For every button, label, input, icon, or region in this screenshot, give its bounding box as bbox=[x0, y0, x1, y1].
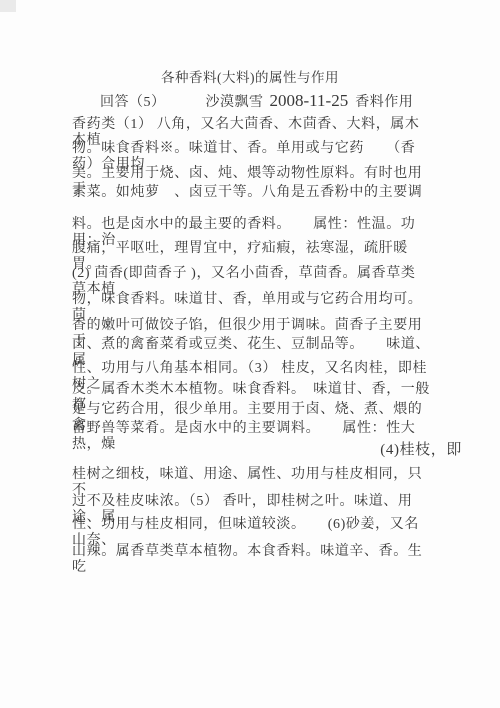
document-page: 各种香料(大料)的属性与作用 回答（5） 沙漠飘雪 2008-11-25 香料作… bbox=[0, 0, 500, 708]
scan-artifact bbox=[0, 0, 16, 12]
page-title: 各种香料(大料)的属性与作用 bbox=[0, 66, 500, 86]
reply-count-label: 回答（5） bbox=[100, 91, 166, 111]
meta-row: 回答（5） 沙漠飘雪 2008-11-25 香料作用 bbox=[72, 91, 472, 111]
body-line: 山辣。属香草类草本植物。本食香料。味道辛、香。生吃 bbox=[72, 544, 430, 576]
post-date: 2008-11-25 bbox=[270, 91, 349, 111]
author-name: 沙漠飘雪 bbox=[206, 91, 264, 111]
body-line: (4)桂枝，即 bbox=[72, 442, 462, 458]
topic-label: 香料作用 bbox=[355, 91, 413, 111]
body-line: 素菜。如炖萝 、卤豆干等。八角是五香粉中的主要调 bbox=[72, 185, 430, 201]
